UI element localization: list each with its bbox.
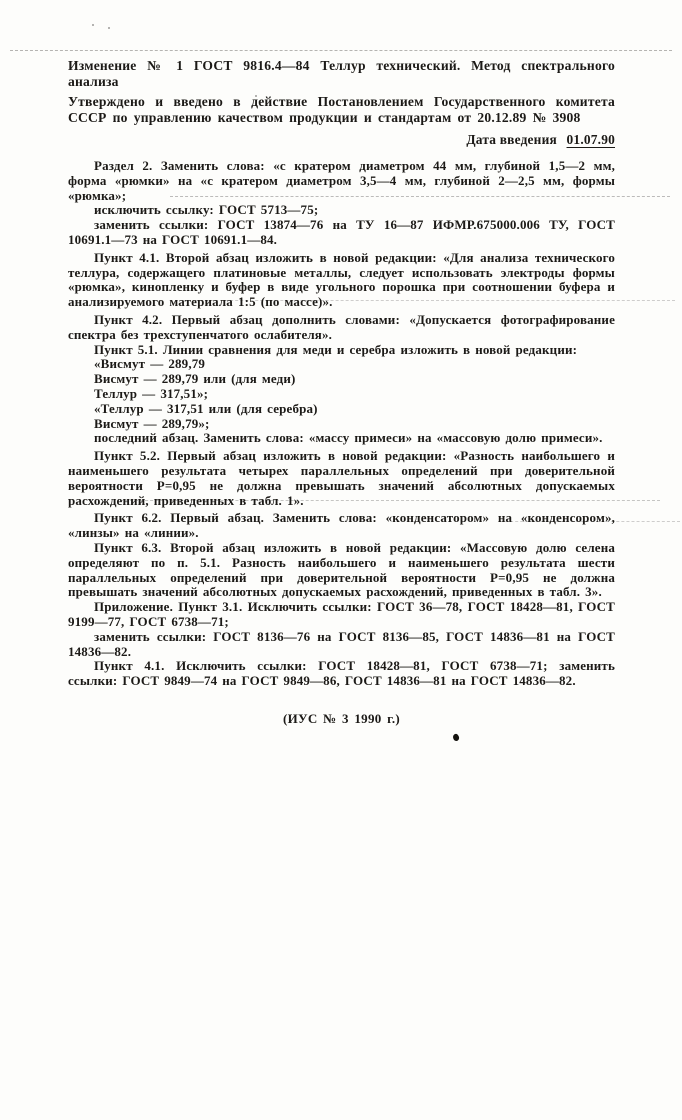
- paragraph-appendix-4-1: Пункт 4.1. Исключить ссылки: ГОСТ 18428—…: [68, 659, 615, 689]
- paragraph-item-6-3: Пункт 6.3. Второй абзац изложить в новой…: [68, 541, 615, 600]
- paragraph-item-4-1: Пункт 4.1. Второй абзац изложить в новой…: [68, 251, 615, 310]
- issue-note: (ИУС № 3 1990 г.): [68, 711, 615, 727]
- document-body: Раздел 2. Заменить слова: «с кратером ди…: [68, 159, 615, 689]
- effective-date-value: 01.07.90: [567, 132, 615, 147]
- document-content: Изменение № 1 ГОСТ 9816.4—84 Теллур техн…: [68, 58, 615, 727]
- comparison-line-tellurium-1: Теллур — 317,51»;: [68, 387, 615, 402]
- comparison-line-bismuth-1: «Висмут — 289,79: [68, 357, 615, 372]
- paragraph-appendix-replace-refs: заменить ссылки: ГОСТ 8136—76 на ГОСТ 81…: [68, 630, 615, 660]
- scan-artifact-line: [10, 50, 672, 51]
- paragraph-item-4-2: Пункт 4.2. Первый абзац дополнить словам…: [68, 313, 615, 343]
- document-title: Изменение № 1 ГОСТ 9816.4—84 Теллур техн…: [68, 58, 615, 90]
- approval-statement: Утверждено и введено в действие Постанов…: [68, 94, 615, 126]
- comparison-line-bismuth-3: Висмут — 289,79»;: [68, 417, 615, 432]
- effective-date-label: Дата введения: [466, 132, 557, 147]
- dust-speck: [108, 27, 110, 29]
- paragraph-exclude-ref: исключить ссылку: ГОСТ 5713—75;: [68, 203, 615, 218]
- paragraph-item-5-1: Пункт 5.1. Линии сравнения для меди и се…: [68, 343, 615, 358]
- scanned-document-page: Изменение № 1 ГОСТ 9816.4—84 Теллур техн…: [0, 0, 682, 1120]
- comparison-line-bismuth-2: Висмут — 289,79 или (для меди): [68, 372, 615, 387]
- paragraph-item-6-2: Пункт 6.2. Первый абзац. Заменить слова:…: [68, 511, 615, 541]
- paragraph-replace-refs: заменить ссылки: ГОСТ 13874—76 на ТУ 16—…: [68, 218, 615, 248]
- ink-speck: [452, 733, 461, 742]
- paragraph-appendix-3-1: Приложение. Пункт 3.1. Исключить ссылки:…: [68, 600, 615, 630]
- effective-date-line: Дата введения 01.07.90: [68, 132, 615, 148]
- paragraph-section-2: Раздел 2. Заменить слова: «с кратером ди…: [68, 159, 615, 203]
- dust-speck: [92, 24, 94, 26]
- paragraph-last-clause: последний абзац. Заменить слова: «массу …: [68, 431, 615, 446]
- comparison-line-tellurium-2: «Теллур — 317,51 или (для серебра): [68, 402, 615, 417]
- paragraph-item-5-2: Пункт 5.2. Первый абзац изложить в новой…: [68, 449, 615, 508]
